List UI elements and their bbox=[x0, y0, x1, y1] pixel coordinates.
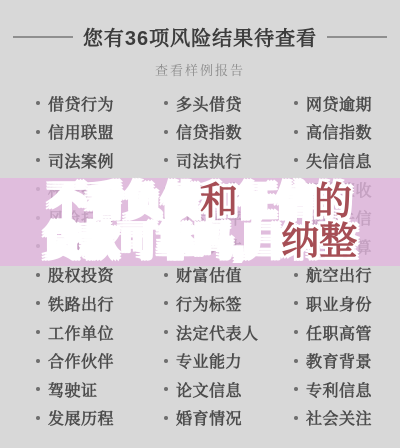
risk-item-label: 发展历程 bbox=[48, 406, 114, 429]
risk-item-label: 股权投资 bbox=[48, 263, 114, 286]
bullet-icon bbox=[36, 273, 40, 277]
risk-item: 股权投资 bbox=[36, 263, 164, 286]
risk-item-label: 税务执法 bbox=[48, 178, 114, 201]
risk-item-label: 婚育情况 bbox=[176, 406, 242, 429]
risk-item-label: 合作伙伴 bbox=[48, 349, 114, 372]
risk-item: 网贷逾期 bbox=[294, 92, 400, 115]
risk-item: 多头借贷 bbox=[164, 92, 294, 115]
bullet-icon bbox=[36, 101, 40, 105]
risk-item-label: 信贷指数 bbox=[176, 120, 242, 143]
bullet-icon bbox=[36, 301, 40, 305]
risk-item: 铁路出行 bbox=[36, 292, 164, 315]
bullet-icon bbox=[294, 416, 298, 420]
risk-item: 资产测算 bbox=[294, 235, 400, 258]
risk-item-label: 社会关注 bbox=[306, 406, 372, 429]
risk-item: 司法案例 bbox=[36, 149, 164, 172]
risk-item-label: 借贷行为 bbox=[48, 92, 114, 115]
risk-item: 风险扫描 bbox=[36, 206, 164, 229]
risk-item-label: 专利信息 bbox=[306, 378, 372, 401]
risk-item: 信用评估 bbox=[164, 235, 294, 258]
risk-item-label: 行为标签 bbox=[176, 292, 242, 315]
bullet-icon bbox=[164, 273, 168, 277]
risk-item: 信贷指数 bbox=[164, 120, 294, 143]
bullet-icon bbox=[164, 244, 168, 248]
bullet-icon bbox=[294, 216, 298, 220]
bullet-icon bbox=[294, 359, 298, 363]
bullet-icon bbox=[164, 387, 168, 391]
risk-item-label: 多头借贷 bbox=[176, 92, 242, 115]
bullet-icon bbox=[36, 359, 40, 363]
risk-item-label: 论文信息 bbox=[176, 378, 242, 401]
bullet-icon bbox=[164, 359, 168, 363]
bullet-icon bbox=[164, 330, 168, 334]
risk-item-label: 职业身份 bbox=[306, 292, 372, 315]
risk-item: 教育背景 bbox=[294, 349, 400, 372]
risk-item: 论文信息 bbox=[164, 378, 294, 401]
risk-item-label: 专业能力 bbox=[176, 349, 242, 372]
bullet-icon bbox=[36, 158, 40, 162]
risk-item-label: 网贷逾期 bbox=[306, 92, 372, 115]
risk-item: 合作伙伴 bbox=[36, 349, 164, 372]
risk-item-label: 铁路出行 bbox=[48, 292, 114, 315]
risk-item: 法定代表人 bbox=[164, 321, 294, 344]
bullet-icon bbox=[164, 416, 168, 420]
risk-item-label: 资产测算 bbox=[306, 235, 372, 258]
bullet-icon bbox=[36, 330, 40, 334]
left-divider-line bbox=[13, 36, 73, 38]
risk-item-label: 行为测评 bbox=[176, 206, 242, 229]
right-divider-line bbox=[327, 36, 387, 38]
bullet-icon bbox=[294, 187, 298, 191]
risk-item-label: 任职高管 bbox=[306, 321, 372, 344]
bullet-icon bbox=[164, 216, 168, 220]
risk-item: 网贷催收 bbox=[294, 178, 400, 201]
risk-items-grid: 借贷行为多头借贷网贷逾期信用联盟信贷指数高信指数司法案例司法执行失信信息税务执法… bbox=[36, 89, 400, 432]
bullet-icon bbox=[294, 273, 298, 277]
bullet-icon bbox=[36, 187, 40, 191]
risk-item: 社会关注 bbox=[294, 406, 400, 429]
bullet-icon bbox=[294, 130, 298, 134]
risk-item: 借贷行为 bbox=[36, 92, 164, 115]
risk-item-label: 驾驶证 bbox=[48, 378, 98, 401]
risk-report-page: 您有36项风险结果待查看 查看样例报告 借贷行为多头借贷网贷逾期信用联盟信贷指数… bbox=[0, 0, 400, 448]
risk-item-label: 限制出行 bbox=[48, 235, 114, 258]
bullet-icon bbox=[294, 330, 298, 334]
bullet-icon bbox=[36, 387, 40, 391]
bullet-icon bbox=[294, 301, 298, 305]
risk-item-label: 教育背景 bbox=[306, 349, 372, 372]
bullet-icon bbox=[36, 216, 40, 220]
bullet-icon bbox=[164, 158, 168, 162]
risk-item-label: 风险扫描 bbox=[48, 206, 114, 229]
risk-item-label: 司法案例 bbox=[48, 149, 114, 172]
risk-item-label: 工作单位 bbox=[48, 321, 114, 344]
bullet-icon bbox=[164, 101, 168, 105]
bullet-icon bbox=[294, 101, 298, 105]
risk-item: 司法执行 bbox=[164, 149, 294, 172]
bullet-icon bbox=[164, 301, 168, 305]
risk-item-label: 高信指数 bbox=[306, 120, 372, 143]
risk-item: 信用联盟 bbox=[36, 120, 164, 143]
bullet-icon bbox=[36, 416, 40, 420]
risk-item-label: 信用评估 bbox=[176, 235, 242, 258]
bullet-icon bbox=[164, 130, 168, 134]
risk-item: 金融失信 bbox=[294, 206, 400, 229]
bullet-icon bbox=[294, 244, 298, 248]
risk-item: 专业能力 bbox=[164, 349, 294, 372]
bullet-icon bbox=[294, 158, 298, 162]
risk-item: 航空出行 bbox=[294, 263, 400, 286]
risk-item-label: 航空出行 bbox=[306, 263, 372, 286]
risk-item-label: 财富估值 bbox=[176, 263, 242, 286]
bullet-icon bbox=[36, 130, 40, 134]
risk-item-label: 信用联盟 bbox=[48, 120, 114, 143]
risk-item-label: 催欠公告 bbox=[176, 178, 242, 201]
risk-item: 行为标签 bbox=[164, 292, 294, 315]
risk-item: 工作单位 bbox=[36, 321, 164, 344]
page-header: 您有36项风险结果待查看 bbox=[0, 22, 400, 51]
risk-item: 催欠公告 bbox=[164, 178, 294, 201]
risk-item-label: 法定代表人 bbox=[176, 321, 259, 344]
page-title: 您有36项风险结果待查看 bbox=[83, 22, 317, 51]
risk-item: 财富估值 bbox=[164, 263, 294, 286]
bullet-icon bbox=[164, 187, 168, 191]
risk-item: 专利信息 bbox=[294, 378, 400, 401]
risk-item: 限制出行 bbox=[36, 235, 164, 258]
bullet-icon bbox=[294, 387, 298, 391]
risk-item: 任职高管 bbox=[294, 321, 400, 344]
risk-item-label: 金融失信 bbox=[306, 206, 372, 229]
risk-item: 发展历程 bbox=[36, 406, 164, 429]
risk-item: 职业身份 bbox=[294, 292, 400, 315]
risk-item: 失信信息 bbox=[294, 149, 400, 172]
risk-item-label: 失信信息 bbox=[306, 149, 372, 172]
bullet-icon bbox=[36, 244, 40, 248]
risk-item: 行为测评 bbox=[164, 206, 294, 229]
risk-item: 高信指数 bbox=[294, 120, 400, 143]
risk-item-label: 司法执行 bbox=[176, 149, 242, 172]
risk-item: 税务执法 bbox=[36, 178, 164, 201]
risk-item: 驾驶证 bbox=[36, 378, 164, 401]
risk-item-label: 网贷催收 bbox=[306, 178, 372, 201]
view-sample-report-link[interactable]: 查看样例报告 bbox=[0, 60, 400, 79]
risk-item: 婚育情况 bbox=[164, 406, 294, 429]
